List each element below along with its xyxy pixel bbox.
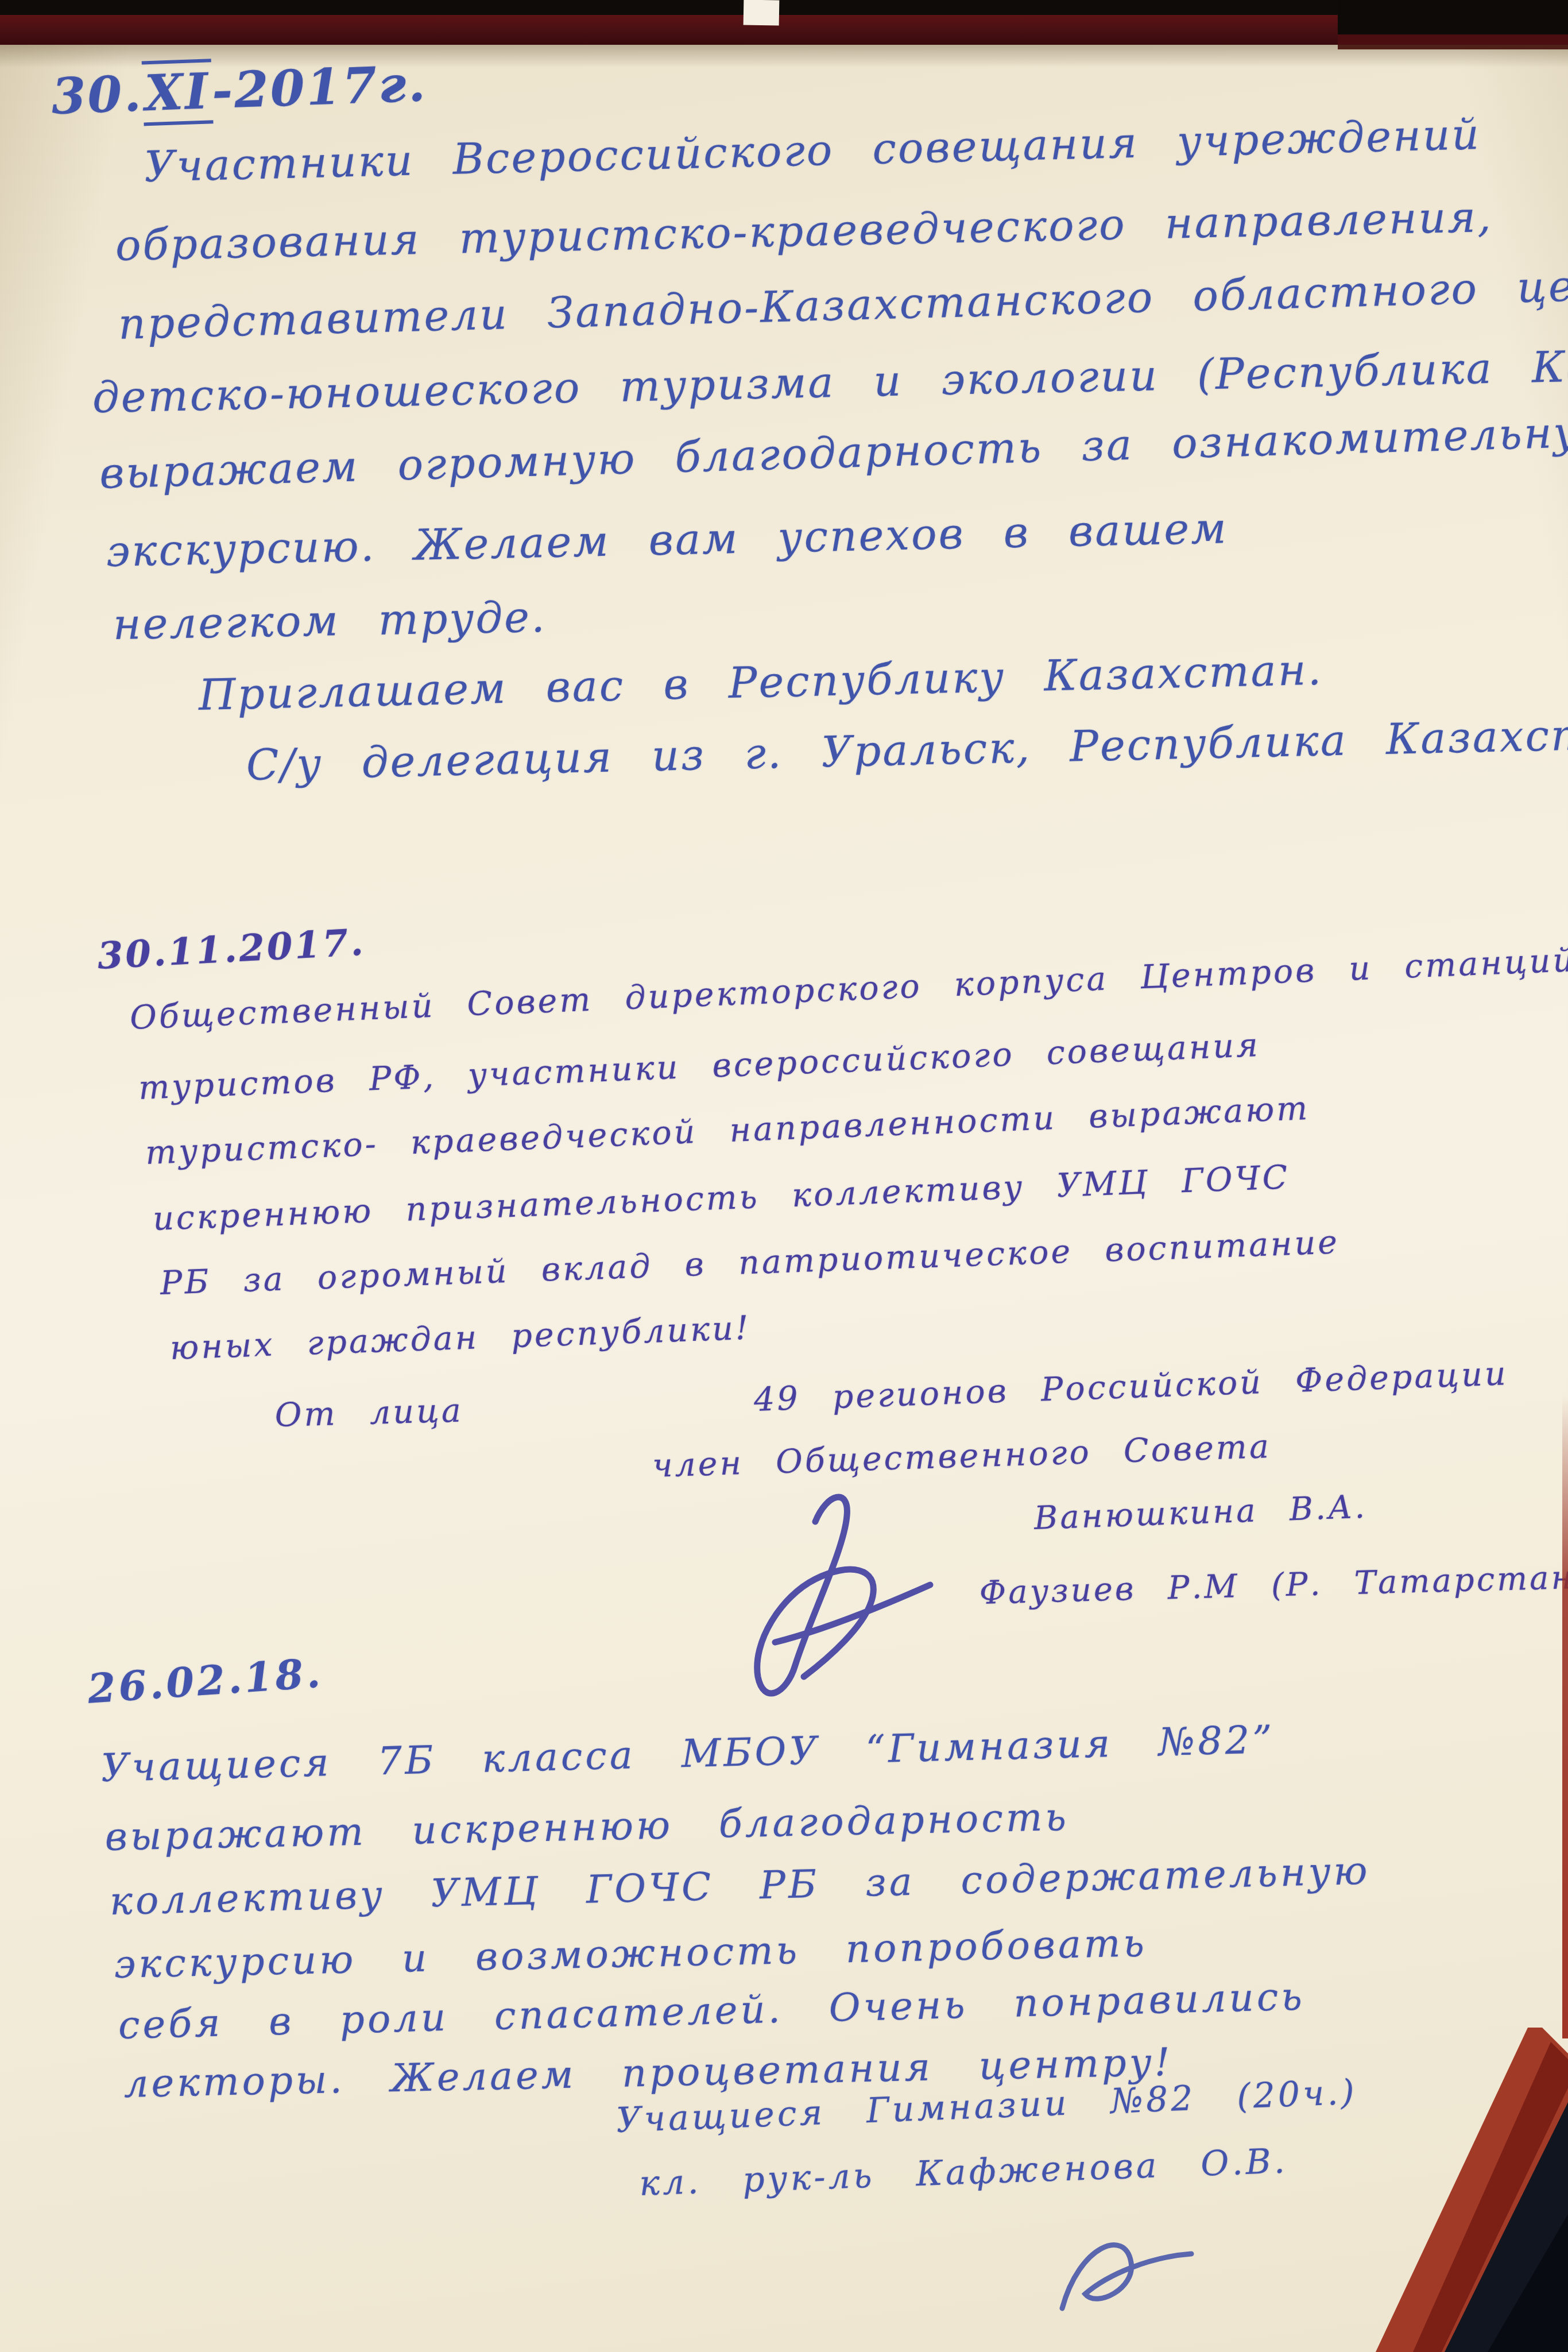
handwritten-line: РБ за огромный вклад в патриотическое во…	[160, 1223, 1340, 1302]
entry2-from-label: От лица	[274, 1391, 463, 1434]
entry2-date: 30.11.2017.	[96, 921, 366, 978]
signature-scribble-small-icon	[1045, 2222, 1217, 2331]
handwritten-line: искреннюю признательность коллективу УМЦ…	[152, 1158, 1290, 1238]
handwritten-line: юных граждан республики!	[169, 1309, 752, 1367]
handwritten-line: экскурсию. Желаем вам успехов в вашем	[106, 504, 1228, 577]
handwritten-line: туристов РФ, участники всероссийского со…	[138, 1026, 1261, 1107]
signature-scribble-icon	[741, 1470, 982, 1711]
handwritten-line: Учащиеся 7Б класса МБОУ “Гимназия №82”	[100, 1717, 1276, 1790]
handwritten-line: нелегком труде.	[113, 593, 547, 649]
entry3-date: 26.02.18.	[86, 1649, 324, 1712]
handwritten-line: коллективу УМЦ ГОЧС РБ за содержательную	[109, 1848, 1370, 1924]
entry1-date-day: 30.	[51, 64, 144, 125]
page-right-edge-red	[1562, 1395, 1568, 2038]
bottom-right-corner	[1281, 1973, 1568, 2352]
entry3-signoff-teacher: кл. рук-ль Кафженова О.В.	[638, 2141, 1288, 2204]
handwritten-line: С/у делегация из г. Уральск, Республика …	[246, 709, 1568, 790]
handwritten-line: представители Западно-Казахстанского обл…	[118, 258, 1568, 349]
entry1-date-roman-month: XI	[141, 59, 213, 126]
entry2-signature-name-1: Ванюшкина В.А.	[1033, 1488, 1368, 1537]
binding-right-dark	[1338, 0, 1568, 34]
handwritten-line: себя в роли спасателей. Очень понравилис…	[118, 1974, 1306, 2047]
handwritten-line: Приглашаем вас в Республику Казахстан.	[198, 645, 1323, 720]
handwritten-line: выражают искреннюю благодарность	[104, 1794, 1070, 1859]
handwritten-line: туристско- краеведческой направленности …	[145, 1089, 1310, 1172]
handwritten-line: детско-юношеского туризма и экологии (Ре…	[92, 337, 1568, 423]
binding-paper-notch	[744, 0, 780, 26]
handwritten-line: Участники Всероссийского совещания учреж…	[144, 110, 1481, 192]
entry1-date: 30.XI-2017г.	[51, 55, 428, 126]
entry2-signature-name-2: Фаузиев Р.М (Р. Татарстан)	[979, 1558, 1568, 1612]
entry2-from-regions: 49 регионов Российской Федерации	[753, 1355, 1509, 1419]
handwritten-line: образования туристско-краеведческого нап…	[115, 192, 1493, 270]
binding-strip-red	[0, 15, 1568, 45]
binding-strip-dark	[0, 0, 1568, 15]
handwritten-line: выражаем огромную благодарность за ознак…	[99, 407, 1568, 498]
entry1-date-year: -2017г.	[211, 55, 428, 120]
handwritten-line: экскурсию и возможность попробовать	[114, 1920, 1148, 1987]
guestbook-page: 30.XI-2017г. Участники Всероссийского со…	[0, 0, 1568, 2352]
